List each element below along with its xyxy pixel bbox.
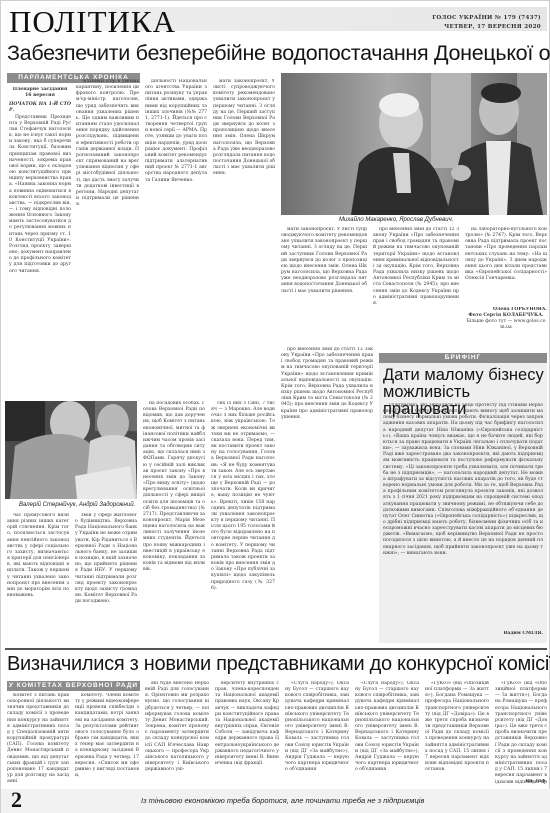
sap-column-3: які буде внесено Верховній Раді для голо… [145,681,209,785]
article-column-1: Пленарне засідання 16 вересня ПОЧАТОК НА… [9,87,71,399]
photo-image [281,73,547,215]
issue-number: ГОЛОС УКРАЇНИ № 179 (7437) [432,14,541,23]
article-column-4b: мати законопроєкт. У листі супроводжуючо… [281,227,367,345]
photo-caption-2: Валерій Стернійчук, Андрій Задорожний. [19,502,135,508]
sap-column-5: «Слуга народу»), Оксану Бусол — старшого… [285,681,349,785]
article-credits: Олена ГОРБУНОВА. Фото Сергія КОЛАБЕЧУКА.… [465,307,547,347]
article-paragraph: які буде внесено Верховній Раді для голо… [145,681,209,773]
article-paragraph: мати законопроєкт. У листі супроводжуючо… [281,227,367,295]
continuation-note: ПОЧАТОК НА 1-Й СТОР. [9,102,71,114]
section-divider [5,648,547,650]
article-paragraph: змін у сфері житлового будівництва. Верх… [75,513,137,605]
article-paragraph: час прямусового визнання різних інших ка… [7,513,69,599]
sap-column-8: «ГуКоЗ» (від «Опозиційної платформи — За… [495,681,547,785]
article-column-5: про внесення змін до статті 12 Закону Ук… [373,227,459,345]
article-column-3: діяльності Національного агентства Украї… [145,79,207,399]
sap-headline: Визначилися з новими представниками до к… [7,653,550,676]
sap-author: Ви. Інф. [495,779,547,785]
article-paragraph: про внесення змін до статті 12 Закону Ук… [373,227,459,307]
article-paragraph: чільники ігор в умовах карантину, посиле… [76,79,139,208]
section-title: ПОЛІТИКА [9,7,176,37]
sap-column-2: комітету. Члени комітету у режимі відеок… [75,693,139,785]
article-paragraph: комітету. Члени комітету у режимі відеок… [75,693,139,779]
article-column-4: мати законопроєкт. У листі супроводжуючо… [213,79,275,399]
footer-slogan: Із тіньовою економікою треба боротися, а… [141,796,424,805]
lower-column-5: про внесення змін до статті 12 Закону Ук… [281,347,373,647]
photo-image [5,401,137,499]
photo-makarenko-dubnevych [281,73,547,215]
article-column-6: на лабораторно-вугільного контролю» (№ 2… [465,227,547,307]
article-paragraph: про внесення змін до статті 12 Закону Ук… [281,347,373,421]
article-paragraph: «ГуКоЗ» (від «Опозиційної платформи — За… [495,681,547,785]
more-photos-link[interactable]: Більше фото тут — www.golos.com.ua [465,319,547,331]
rubric-briefing: БРИФІНГ [379,353,547,363]
lower-column-1: час прямусового визнання різних інших ка… [7,513,69,647]
article-paragraph: «ГуКоЗ» (від «Опозиційної платформи — За… [425,681,489,773]
rubric-committees: У КОМІТЕТАХ ВЕРХОВНОЇ РАДИ [7,681,140,691]
main-headline: Забезпечити безперебійне водопостачання … [7,41,550,66]
session-date: 16 вересня [9,93,71,99]
sap-column-1: Комітет з питань правоохоронної діяльнос… [7,693,69,785]
sap-column-7: «ГуКоЗ» (від «Опозиційної платформи — За… [425,681,489,785]
photo-caption-1: Михайло Макаренко, Ярослав Дубневич. [339,217,453,223]
briefing-signature: Вадим СМІЛЯ. [383,631,543,639]
article-paragraph: на лабораторно-вугільного контролю» (№ 2… [465,227,547,282]
sap-signature: Ви. Інф. [495,779,547,786]
photo-sterniychuk-zadorozhnyi [5,401,137,499]
article-paragraph: діяльності Національного агентства Украї… [145,79,207,184]
article-paragraph: верситету внутрішніх справ, члена-коресп… [215,681,279,767]
article-paragraph: «Слуга народу»), Оксану Бусол — старшого… [355,681,419,773]
briefing-author: Вадим СМІЛЯ. [383,631,543,637]
lower-column-2: змін у сфері житлового будівництва. Верх… [75,513,137,647]
article-paragraph: на посадових особах. Голова Верховної Ра… [143,401,205,573]
briefing-body: Підприємці, які зібралися на акції проте… [383,403,543,627]
issue-date: ЧЕТВЕР, 17 ВЕРЕСНЯ 2020 [432,23,541,32]
article-paragraph: «Слуга народу»), Оксану Бусол — старшого… [285,681,349,773]
page-number: 2 [11,787,22,813]
issue-meta: ГОЛОС УКРАЇНИ № 179 (7437) ЧЕТВЕР, 17 ВЕ… [432,14,541,32]
article-paragraph: мати законопроєкт. У листі супроводжуючо… [213,79,275,178]
article-paragraph: Комітет з питань правоохоронної діяльнос… [7,693,69,785]
lower-column-3: на посадових особах. Голова Верховної Ра… [143,401,205,647]
sap-column-4: верситету внутрішніх справ, члена-коресп… [215,681,279,785]
lower-column-4: сих із них з Сині, 7 тисяч — з Марокко. … [211,401,275,647]
sap-column-6: «Слуга народу»), Оксану Бусол — старшого… [355,681,419,785]
newspaper-page: ПОЛІТИКА ГОЛОС УКРАЇНИ № 179 (7437) ЧЕТВ… [0,0,550,813]
briefing-paragraph: Підприємці, які зібралися на акції проте… [383,403,543,557]
article-paragraph: сих із них з Сині, 7 тисяч — з Марокко. … [211,401,275,592]
article-paragraph: Представник Президента у Верховній Раді … [9,115,71,275]
article-column-2: чільники ігор в умовах карантину, посиле… [76,79,139,399]
